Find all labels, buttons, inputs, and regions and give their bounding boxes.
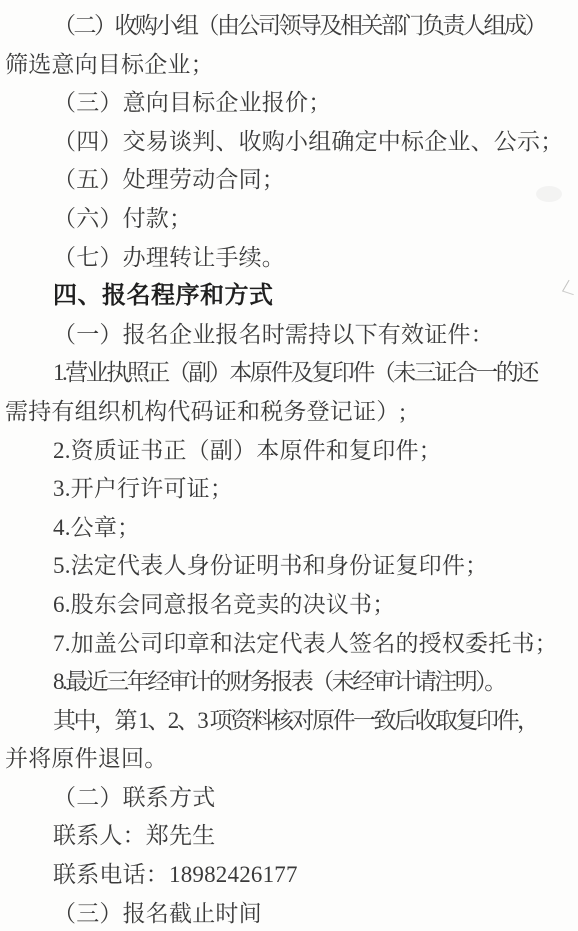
document-page: （二）收购小组（由公司领导及相关部门负责人组成）筛选意向目标企业；（三）意向目标… <box>0 0 578 931</box>
doc-line-23: 联系电话：18982426177 <box>5 856 574 895</box>
doc-line-22: 联系人：郑先生 <box>5 817 574 856</box>
doc-line-18: 8.最近三年经审计的财务报表（未经审计请注明）。 <box>5 663 574 702</box>
doc-line-5: （五）处理劳动合同； <box>5 161 574 200</box>
doc-line-9: （一）报名企业报名时需持以下有效证件： <box>5 316 574 355</box>
doc-line-24: （三）报名截止时间 <box>5 895 574 931</box>
doc-line-14: 4.公章； <box>5 509 574 548</box>
doc-line-15: 5.法定代表人身份证明书和身份证复印件； <box>5 547 574 586</box>
doc-line-19: 其中，第 1、2、3 项资料核对原件一致后收取复印件， <box>5 702 574 741</box>
doc-line-20: 并将原件退回。 <box>5 740 574 779</box>
doc-line-6: （六）付款； <box>5 200 574 239</box>
doc-line-10: 1.营业执照正（副）本原件及复印件（未三证合一的还 <box>5 354 574 393</box>
doc-line-7: （七）办理转让手续。 <box>5 239 574 278</box>
doc-line-12: 2.资质证书正（副）本原件和复印件； <box>5 432 574 471</box>
doc-line-21: （二）联系方式 <box>5 779 574 818</box>
doc-line-2: 筛选意向目标企业； <box>5 46 574 85</box>
doc-line-11: 需持有组织机构代码证和税务登记证）; <box>5 393 574 432</box>
doc-line-16: 6.股东会同意报名竞卖的决议书； <box>5 586 574 625</box>
doc-line-17: 7.加盖公司印章和法定代表人签名的授权委托书； <box>5 625 574 664</box>
section-heading: 四、报名程序和方式 <box>5 277 574 316</box>
document-text-block: （二）收购小组（由公司领导及相关部门负责人组成）筛选意向目标企业；（三）意向目标… <box>5 7 574 931</box>
doc-line-13: 3.开户行许可证； <box>5 470 574 509</box>
doc-line-4: （四）交易谈判、收购小组确定中标企业、公示； <box>5 123 574 162</box>
doc-line-1: （二）收购小组（由公司领导及相关部门负责人组成） <box>5 7 574 46</box>
scan-smudge-artifact <box>536 186 562 202</box>
doc-line-3: （三）意向目标企业报价； <box>5 84 574 123</box>
